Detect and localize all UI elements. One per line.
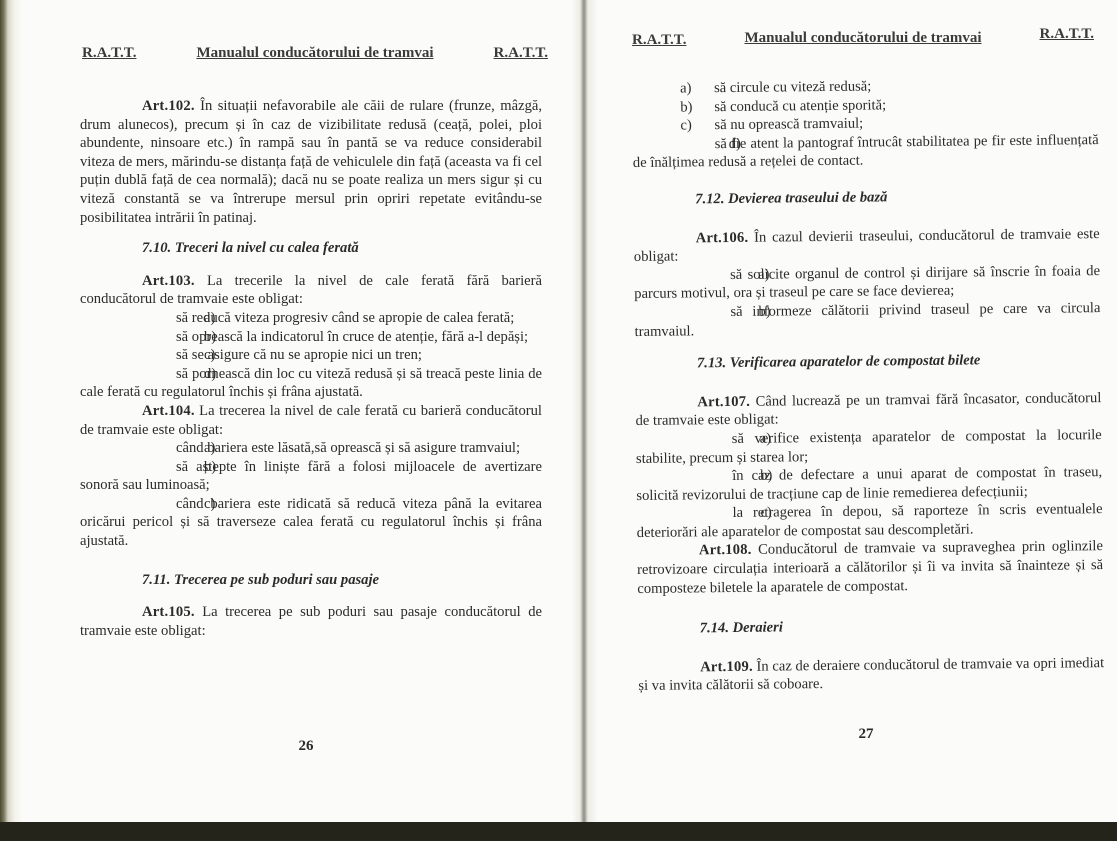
list-item: a)să verifice existența aparatelor de co… [636, 426, 1102, 468]
running-header: R.A.T.T. Manualul conducătorului de tram… [632, 32, 1094, 49]
header-left: R.A.T.T. [82, 45, 136, 62]
section-heading: 7.12. Devierea traseului de bază [633, 186, 1099, 209]
book-edge [0, 0, 22, 822]
book-spread: R.A.T.T. Manualul conducătorului de tram… [0, 0, 1117, 822]
article-102: Art.102. În situații nefavorabile ale că… [80, 97, 542, 227]
book-gutter [572, 0, 598, 822]
article-105: Art.105. La trecerea pe sub poduri sau p… [80, 603, 542, 640]
section-heading: 7.11. Trecerea pe sub poduri sau pasaje [80, 571, 542, 590]
page-number: 27 [632, 726, 1100, 743]
list-item: d)să pornească din loc cu viteză redusă … [80, 365, 542, 402]
page-body: a)să circule cu viteză redusă; b)să cond… [632, 75, 1104, 696]
article-106: Art.106. În cazul devierii traseului, co… [634, 225, 1100, 267]
header-title: Manualul conducătorului de tramvai [744, 30, 981, 47]
section-heading: 7.13. Verificarea aparatelor de composta… [635, 350, 1101, 373]
section-heading: 7.10. Treceri la nivel cu calea ferată [80, 239, 542, 258]
article-107: Art.107. Când lucrează pe un tramvai făr… [635, 389, 1101, 431]
list-item: a)să solicite organul de control și diri… [634, 262, 1100, 304]
header-title: Manualul conducătorului de tramvai [196, 45, 433, 62]
running-header: R.A.T.T. Manualul conducătorului de tram… [82, 45, 548, 62]
scan-background [0, 822, 1117, 841]
section-heading: 7.14. Deraieri [638, 615, 1104, 638]
list-item: b)să aștepte în liniște fără a folosi mi… [80, 458, 542, 495]
list-item: d)să fie atent la pantograf întrucât sta… [633, 131, 1099, 173]
list-item: a)să reducă viteza progresiv când se apr… [80, 309, 542, 328]
header-left: R.A.T.T. [632, 32, 686, 49]
list-item: c)când bariera este ridicată să reducă v… [80, 495, 542, 551]
list-item: c)la retragerea în depou, să raporteze î… [636, 500, 1102, 542]
article-108: Art.108. Conducătorul de tramvaie va sup… [637, 538, 1104, 599]
article-109: Art.109. În caz de deraiere conducătorul… [638, 654, 1104, 696]
article-103: Art.103. La trecerile la nivel de cale f… [80, 272, 542, 309]
list-item: b)în caz de defectare a unui aparat de c… [636, 463, 1102, 505]
page-body: Art.102. În situații nefavorabile ale că… [80, 97, 542, 640]
header-right: R.A.T.T. [1040, 26, 1094, 43]
page-number: 26 [72, 738, 540, 755]
list-item: a)când bariera este lăsată,să oprească ș… [80, 439, 542, 458]
list-item: c)să se asigure că nu se apropie nici un… [80, 346, 542, 365]
list-item: b)să oprească la indicatorul în cruce de… [80, 328, 542, 347]
header-right: R.A.T.T. [494, 45, 548, 62]
article-104: Art.104. La trecerea la nivel de cale fe… [80, 402, 542, 439]
list-item: b)să informeze călătorii privind traseul… [634, 299, 1100, 341]
